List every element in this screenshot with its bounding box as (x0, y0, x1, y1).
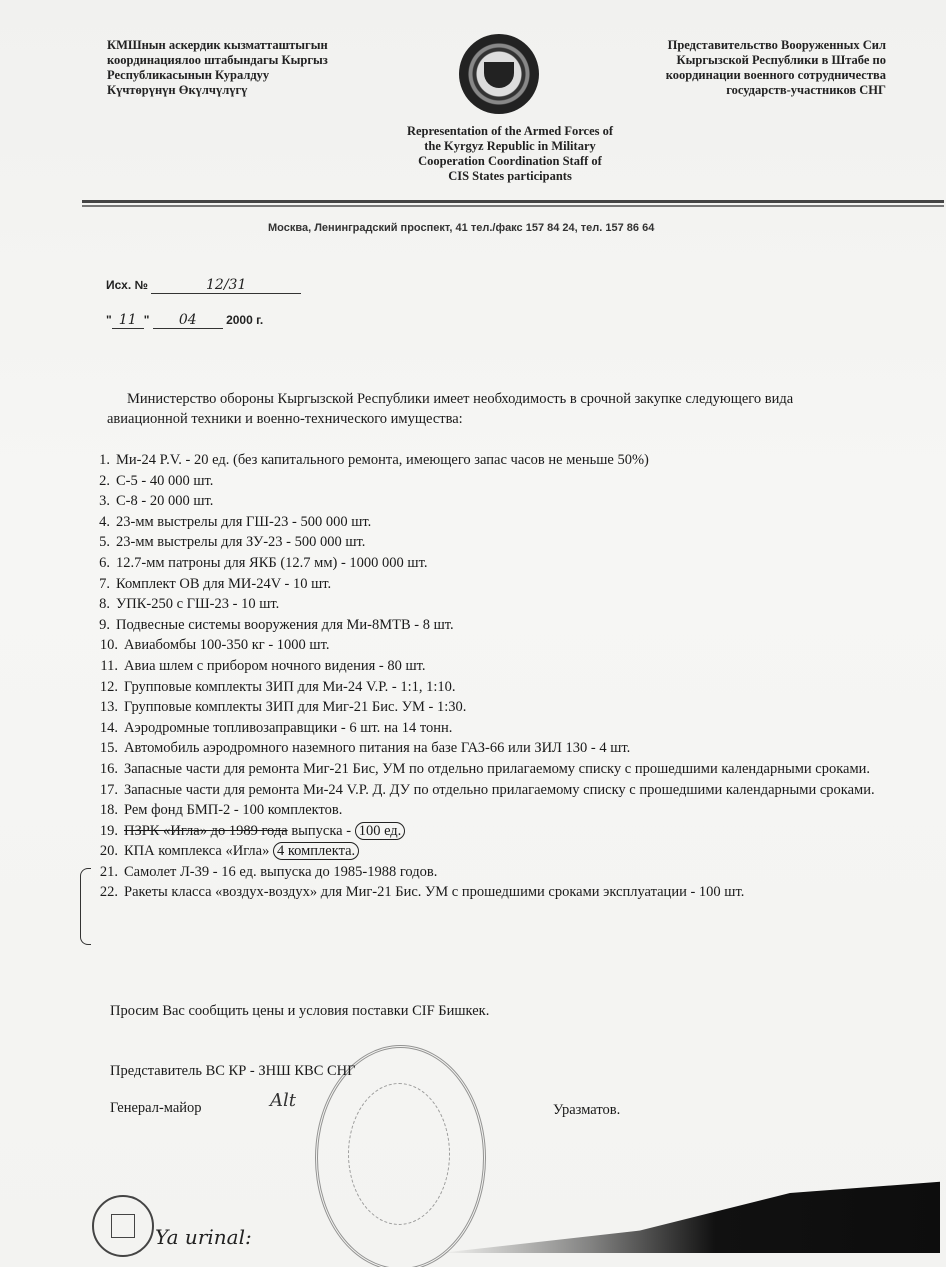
ministry-seal-icon (92, 1195, 154, 1257)
header-right-line: Представительство Вооруженных Сил (586, 38, 886, 53)
date-month: 04 (153, 312, 223, 329)
reference-label: Исх. № (106, 278, 148, 292)
handwritten-signature: Alt (270, 1090, 296, 1111)
list-item: 17.Запасные части для ремонта Ми-24 V.P.… (88, 780, 918, 801)
header-center-line: Cooperation Coordination Staff of (340, 154, 680, 169)
circled-annotation: 100 ед. (355, 822, 406, 840)
list-item: 10.Авиабомбы 100-350 кг - 1000 шт. (88, 635, 918, 656)
handwritten-note: Ya urinal: (155, 1225, 252, 1249)
list-item: 2.С-5 - 40 000 шт. (88, 471, 918, 492)
list-item: 3.С-8 - 20 000 шт. (88, 491, 918, 512)
header-left-line: координациялоо штабындагы Кыргыз (107, 53, 407, 68)
list-item: 4.23-мм выстрелы для ГШ-23 - 500 000 шт. (88, 512, 918, 533)
header-left-line: КМШнын аскердик кызматташтыгын (107, 38, 407, 53)
list-item: 6.12.7-мм патроны для ЯКБ (12.7 мм) - 10… (88, 553, 918, 574)
closing-request: Просим Вас сообщить цены и условия поста… (110, 1003, 489, 1020)
reference-number: Исх. № 12/31 (106, 277, 301, 294)
list-item: 21.Самолет Л-39 - 16 ед. выпуска до 1985… (88, 862, 918, 883)
date-year: 2000 г. (226, 313, 263, 327)
list-item: 1.Ми-24 P.V. - 20 ед. (без капитального … (88, 450, 918, 471)
list-item: 9.Подвесные системы вооружения для Ми-8М… (88, 615, 918, 636)
reference-number-value: 12/31 (151, 277, 301, 294)
address-line: Москва, Ленинградский проспект, 41 тел./… (268, 222, 654, 234)
header-divider-secondary (82, 205, 944, 207)
list-item: 13.Групповые комплекты ЗИП для Миг-21 Би… (88, 697, 918, 718)
header-center-line: CIS States participants (340, 169, 680, 184)
list-item: 15.Автомобиль аэродромного наземного пит… (88, 738, 918, 759)
list-item: 12.Групповые комплекты ЗИП для Ми-24 V.P… (88, 677, 918, 698)
list-item: 14.Аэродромные топливозаправщики - 6 шт.… (88, 718, 918, 739)
circled-annotation: 4 комплекта. (273, 842, 359, 860)
header-left-line: Республикасынын Куралдуу (107, 68, 407, 83)
document-date: "11" 04 2000 г. (106, 312, 263, 329)
intro-paragraph: Министерство обороны Кыргызской Республи… (107, 389, 857, 429)
seal-crest-icon (111, 1214, 135, 1238)
state-emblem-icon (459, 34, 539, 114)
header-left-line: Күчтөрүнүн Өкүлчүлүгү (107, 83, 407, 98)
list-item: 8.УПК-250 с ГШ-23 - 10 шт. (88, 594, 918, 615)
header-center-line: the Kyrgyz Republic in Military (340, 139, 680, 154)
header-left-kyrgyz: КМШнын аскердик кызматташтыгын координац… (107, 38, 407, 98)
list-item: 5.23-мм выстрелы для ЗУ-23 - 500 000 шт. (88, 532, 918, 553)
signatory-rank: Генерал-майор (110, 1100, 202, 1117)
header-center-english: Representation of the Armed Forces of th… (340, 124, 680, 184)
list-item: 16.Запасные части для ремонта Миг-21 Бис… (88, 759, 918, 780)
date-day: 11 (112, 312, 144, 329)
signatory-name: Уразматов. (553, 1102, 620, 1119)
emblem-center-icon (484, 62, 514, 88)
header-divider (82, 200, 944, 203)
struck-text: ПЗРК «Игла» до 1989 года (124, 823, 288, 839)
procurement-list: 1.Ми-24 P.V. - 20 ед. (без капитального … (88, 450, 918, 903)
signatory-position: Представитель ВС КР - ЗНШ КВС СНГ (110, 1063, 356, 1080)
header-right-line: государств-участников СНГ (586, 83, 886, 98)
list-item: 18.Рем фонд БМП-2 - 100 комплектов. (88, 800, 918, 821)
list-item: 11.Авиа шлем с прибором ночного видения … (88, 656, 918, 677)
header-center-line: Representation of the Armed Forces of (340, 124, 680, 139)
list-item-annotated: 20.КПА комплекса «Игла» 4 комплекта. (88, 841, 918, 862)
list-item-annotated: 19.ПЗРК «Игла» до 1989 года выпуска - 10… (88, 821, 918, 842)
header-right-line: координации военного сотрудничества (586, 68, 886, 83)
header-right-russian: Представительство Вооруженных Сил Кыргыз… (586, 38, 886, 98)
scan-smudge (440, 1178, 940, 1253)
handwritten-bracket-mark (80, 868, 91, 945)
document-page: КМШнын аскердик кызматташтыгын координац… (0, 0, 946, 1267)
header-right-line: Кыргызской Республики в Штабе по (586, 53, 886, 68)
list-item: 22.Ракеты класса «воздух-воздух» для Миг… (88, 882, 918, 903)
list-item: 7.Комплект ОВ для МИ-24V - 10 шт. (88, 574, 918, 595)
